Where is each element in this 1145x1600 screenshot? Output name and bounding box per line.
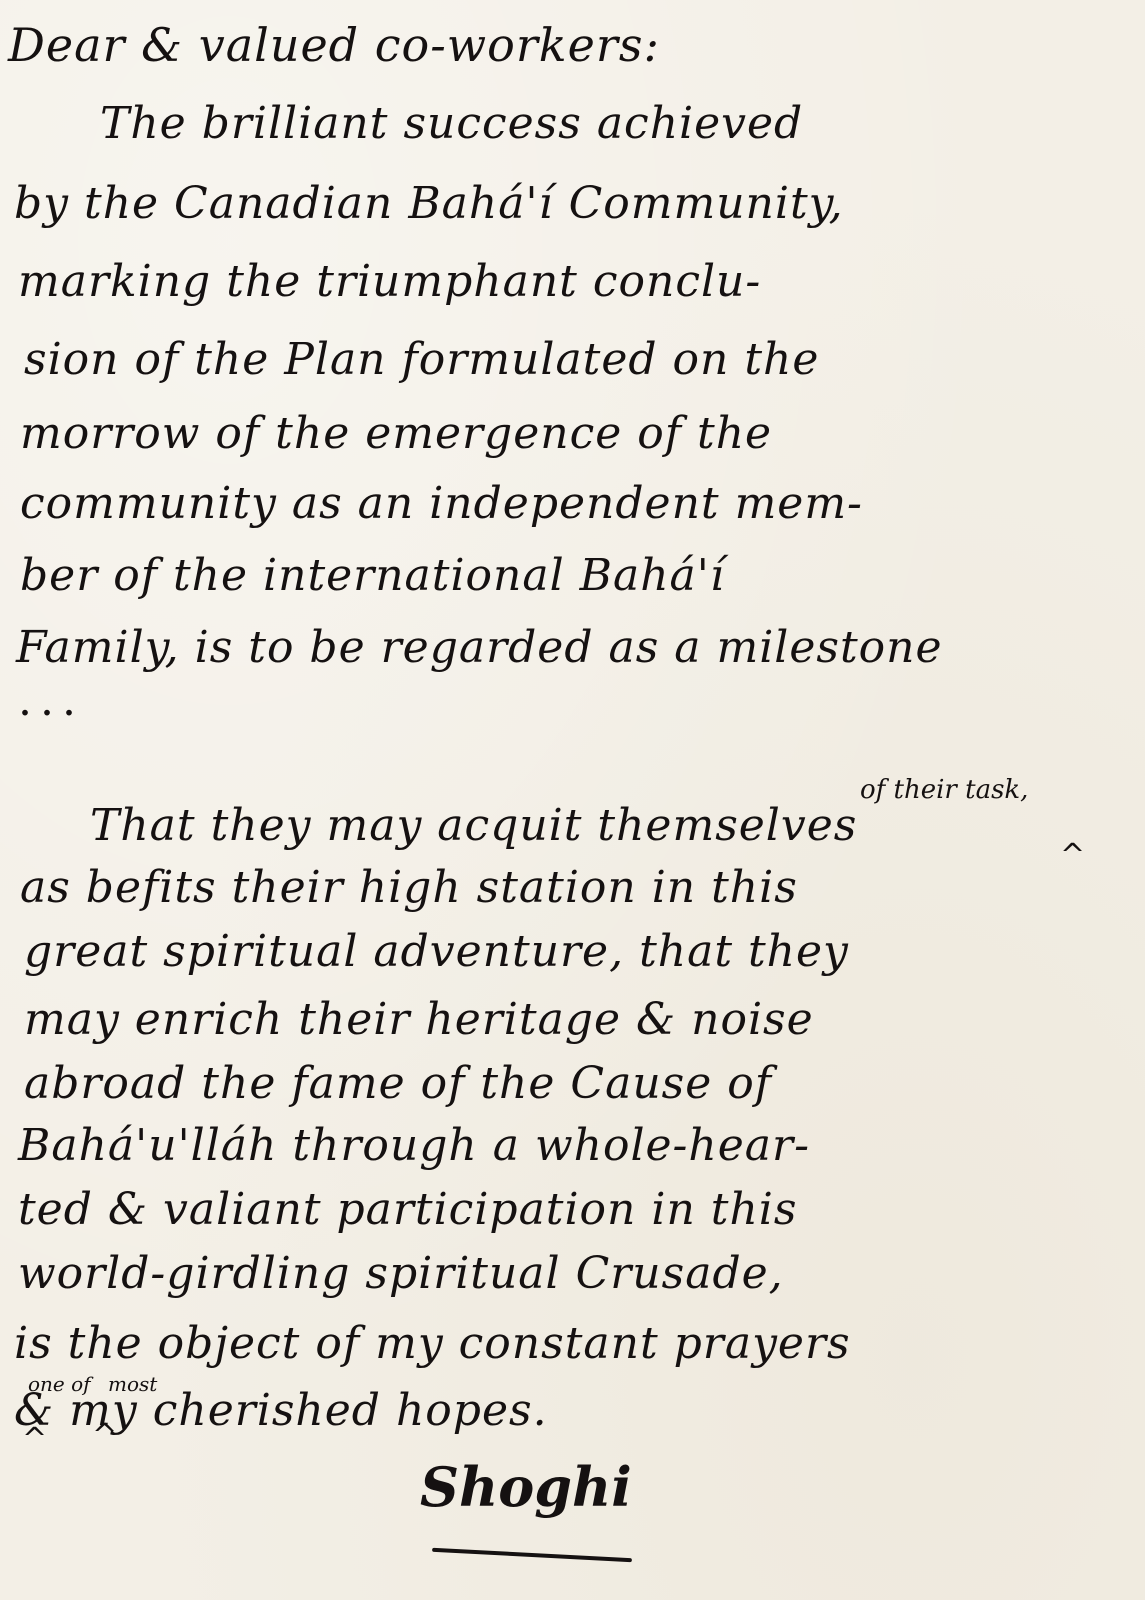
salutation: Dear & valued co-workers:	[8, 18, 660, 72]
insertion-of-their-task: of their task,	[860, 775, 1028, 805]
paragraph1-line-3: marking the triumphant conclu-	[18, 256, 761, 307]
paragraph1-line-5: morrow of the emergence of the	[20, 408, 772, 459]
paragraph2-line-2: as befits their high station in this	[20, 862, 798, 913]
handwritten-letter: Dear & valued co-workers: The brilliant …	[0, 0, 1145, 1600]
paragraph1-line-8: Family, is to be regarded as a milestone	[16, 622, 943, 673]
paragraph1-line-6: community as an independent mem-	[20, 478, 863, 529]
paragraph1-line-1: The brilliant success achieved	[100, 98, 803, 149]
paragraph2-line-9: is the object of my constant prayers	[14, 1318, 851, 1369]
insertion-caret-1: ^	[1060, 838, 1085, 873]
signature: Shoghi	[420, 1455, 632, 1519]
paragraph2-line-3: great spiritual adventure, that they	[24, 926, 849, 977]
paragraph2-line-7: ted & valiant participation in this	[18, 1184, 797, 1235]
paragraph2-line-6: Bahá'u'lláh through a whole-hear-	[18, 1120, 810, 1171]
paragraph2-line-5: abroad the fame of the Cause of	[24, 1058, 772, 1109]
insertion-caret-3: ^	[92, 1418, 117, 1453]
paragraph1-line-4: sion of the Plan formulated on the	[24, 334, 819, 385]
paragraph2-line-4: may enrich their heritage & noise	[24, 994, 814, 1045]
paragraph2-line-8: world-girdling spiritual Crusade,	[18, 1248, 784, 1299]
ellipsis: ...	[18, 675, 84, 726]
signature-underline	[432, 1548, 632, 1562]
insertion-caret-2: ^	[22, 1422, 47, 1457]
paragraph2-line-1: That they may acquit themselves	[90, 800, 857, 851]
paragraph1-line-7: ber of the international Bahá'í	[20, 550, 725, 601]
paragraph1-line-2: by the Canadian Bahá'í Community,	[14, 178, 844, 229]
